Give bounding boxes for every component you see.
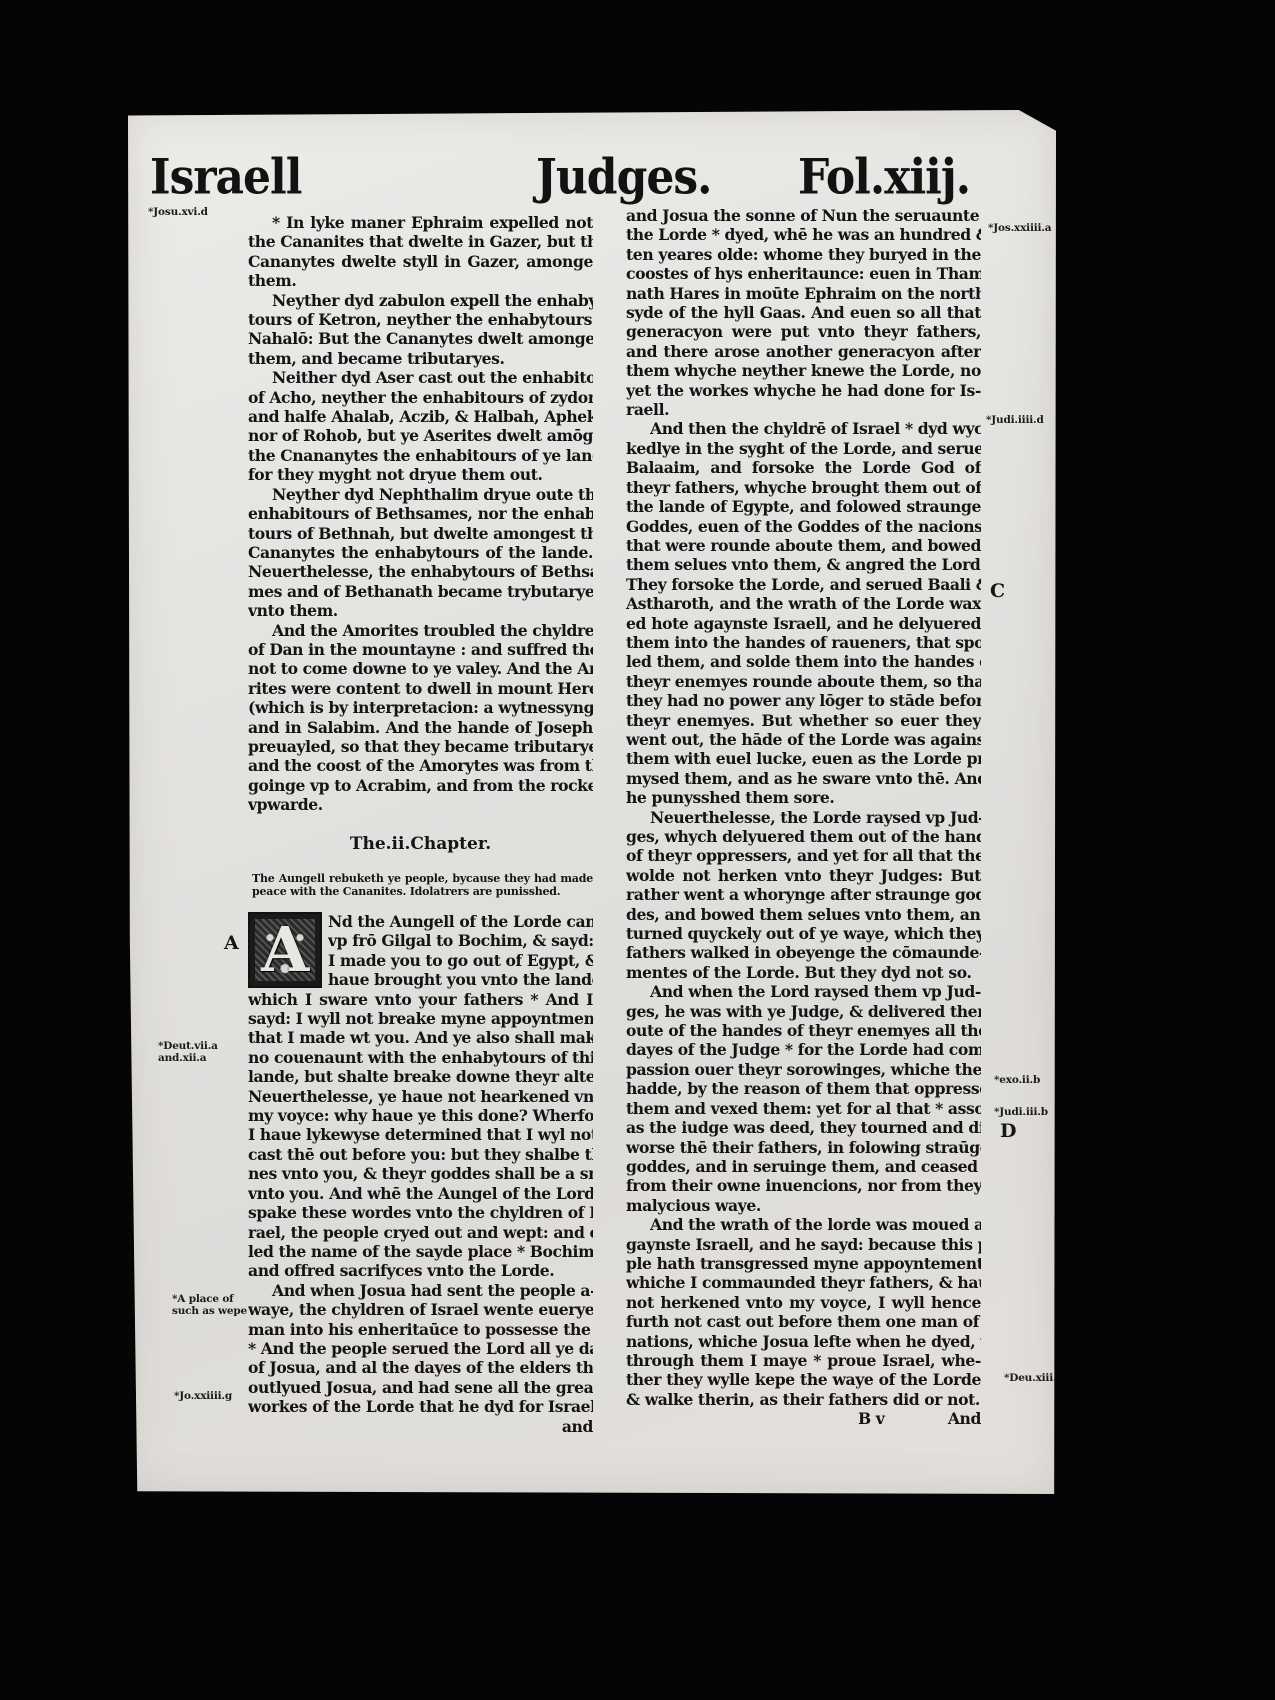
text-line: and in Salabim. And the hande of Joseph [248,718,593,737]
text-line: ges, whych delyuered them out of the han… [626,827,981,846]
text-line: went out, the hāde of the Lorde was agai… [626,730,981,749]
text-line: & walke therin, as their fathers did or … [626,1390,981,1409]
chapter-heading: The.ii.Chapter. [248,835,593,854]
text-line: tours of Ketron, neyther the enhabytours… [248,310,593,329]
margin-note-cross-reference: *Deut.vii.a and.xii.a [158,1040,218,1064]
text-line: oute of the handes of theyr enemyes all … [626,1021,981,1040]
text-line: malycious waye. [626,1196,981,1215]
text-line: And then the chyldrē of Israel * dyd wyc… [626,419,981,438]
margin-note-cross-reference: *Judi.iii.b [994,1106,1048,1118]
text-line: goddes, and in seruinge them, and ceased… [626,1157,981,1176]
text-line: des, and bowed them selues vnto them, an… [626,905,981,924]
text-line: mysed them, and as he sware vnto thē. An… [626,769,981,788]
margin-note-gloss: *A place of such as wepe [172,1293,247,1317]
margin-note-cross-reference: *Deu.xiii.a [1004,1372,1063,1384]
chapter-summary-line: peace with the Cananites. Idolatrers are… [252,885,593,898]
text-line: wolde not herken vnto theyr Judges: But [626,866,981,885]
text-line: the lande of Egypte, and folowed straung… [626,497,981,516]
text-line: them whyche neyther knewe the Lorde, nor [626,361,981,380]
text-line: of Acho, neyther the enhabitours of zydo… [248,388,593,407]
text-line: dayes of the Judge * for the Lorde had c… [626,1040,981,1059]
text-line: ther they wylle kepe the waye of the Lor… [626,1370,981,1389]
text-line: Cananytes the enhabytours of the lande. [248,543,593,562]
running-head-book-title: Judges. [536,149,711,205]
text-line: * In lyke maner Ephraim expelled not [248,213,593,232]
text-line: that I made wt you. And ye also shall ma… [248,1028,593,1047]
text-line: waye, the chyldren of Israel wente euery… [248,1300,593,1319]
signature-and-catchword: B v And [626,1409,981,1428]
section-letter-d: D [1000,1120,1016,1142]
text-line: not to come downe to ye valey. And the A… [248,659,593,678]
text-line: mes and of Bethanath became trybutaryes [248,582,593,601]
text-line: of Dan in the mountayne : and suffred th… [248,640,593,659]
text-line: Astharoth, and the wrath of the Lorde wa… [626,594,981,613]
text-line: Neuerthelesse, the enhabytours of Bethsa… [248,562,593,581]
text-line: from their owne inuencions, nor from the… [626,1176,981,1195]
text-line: vp frō Gilgal to Bochim, & sayd: [328,931,593,950]
text-line: raell. [626,400,981,419]
chapter-summary-line: The Aungell rebuketh ye people, bycause … [252,872,593,885]
text-line: * And the people serued the Lord all ye … [248,1339,593,1358]
text-line: not herkened vnto my voyce, I wyll hence [626,1293,981,1312]
text-line: worse thē their fathers, in folowing str… [626,1138,981,1157]
bible-leaf-page: Israell Judges. Fol.xiij. *Josu.xvi.d *D… [128,110,1056,1494]
text-line: furth not cast out before them one man o… [626,1312,981,1331]
text-line: turned quyckely out of ye waye, which th… [626,924,981,943]
text-line: ten yeares olde: whome they buryed in th… [626,245,981,264]
text-line: workes of the Lorde that he dyd for Isra… [248,1397,593,1416]
margin-note-cross-reference: *Judi.iiii.d [986,414,1044,426]
text-line: goinge vp to Acrabim, and from the rocke [248,776,593,795]
margin-note-cross-reference: *exo.ii.b [994,1074,1040,1086]
text-line: them into the handes of raueners, that s… [626,633,981,652]
text-line: hadde, by the reason of them that oppres… [626,1079,981,1098]
decorated-initial-letter: A [248,912,322,988]
margin-note-cross-reference: *Jos.xxiiii.a [988,222,1051,234]
text-line: Cananytes dwelte styll in Gazer, amonge [248,252,593,271]
text-line: vnto them. [248,601,593,620]
text-line: syde of the hyll Gaas. And euen so all t… [626,303,981,322]
text-line: theyr enemyes rounde aboute them, so tha… [626,672,981,691]
printer-signature-mark: B v [858,1409,884,1428]
text-line: Neither dyd Aser cast out the enhabitour… [248,368,593,387]
text-line: theyr fathers, whyche brought them out o… [626,478,981,497]
text-line: Neuerthelesse, the Lorde raysed vp Jud- [626,808,981,827]
text-line: nor of Rohob, but ye Aserites dwelt amōg… [248,426,593,445]
text-line: I haue lykewyse determined that I wyl no… [248,1125,593,1144]
text-line: and halfe Ahalab, Aczib, & Halbah, Aphek… [248,407,593,426]
chapter-one-ending-text: * In lyke maner Ephraim expelled notthe … [248,213,593,815]
text-line: Goddes, euen of the Goddes of the nacion… [626,517,981,536]
text-line: enhabitours of Bethsames, nor the enhabi… [248,504,593,523]
text-line: whiche I commaunded theyr fathers, & hau… [626,1273,981,1292]
text-line: outlyued Josua, and had sene all the gre… [248,1378,593,1397]
text-line: of theyr oppressers, and yet for all tha… [626,846,981,865]
text-line: man into his enheritaūce to possesse the… [248,1320,593,1339]
text-line: them and vexed them: yet for al that * a… [626,1099,981,1118]
text-line: mentes of the Lorde. But they dyd not so… [626,963,981,982]
text-line: which I sware vnto your fathers * And I [248,990,593,1009]
text-line: kedlye in the syght of the Lorde, and se… [626,439,981,458]
text-line: and there arose another generacyon after [626,342,981,361]
text-line: spake these wordes vnto the chyldren of … [248,1203,593,1222]
text-line: nes vnto you, & theyr goddes shall be a … [248,1164,593,1183]
text-line: he punysshed them sore. [626,788,981,807]
text-line: Nahalō: But the Cananytes dwelt amonge [248,329,593,348]
text-line: ges, he was with ye Judge, & delivered t… [626,1002,981,1021]
section-letter-c: C [990,580,1005,602]
text-line: coostes of hys enheritaunce: euen in Tha… [626,264,981,283]
text-line: Balaaim, and forsoke the Lorde God of [626,458,981,477]
text-line: ed hote agaynste Israell, and he delyuer… [626,614,981,633]
margin-note-cross-reference: *Josu.xvi.d [148,206,208,218]
margin-note-cross-reference: *Jo.xxiiii.g [174,1390,232,1402]
text-line: and Josua the sonne of Nun the seruaunte… [626,206,981,225]
text-line: the Cananites that dwelte in Gazer, but … [248,232,593,251]
text-line: that were rounde aboute them, and bowed [626,536,981,555]
section-letter-a: A [224,932,239,954]
text-line: rather went a whorynge after straunge go… [626,885,981,904]
text-line: Neyther dyd zabulon expell the enhaby- [248,291,593,310]
text-line: and the coost of the Amorytes was from t… [248,756,593,775]
chapter-two-text: which I sware vnto your fathers * And Is… [248,990,593,1417]
text-line: them, and became tributaryes. [248,349,593,368]
text-line: lande, but shalte breake downe theyr alt… [248,1067,593,1086]
running-head-left: Israell [150,149,301,205]
text-line: them selues vnto them, & angred the Lord… [626,555,981,574]
text-line: yet the workes whyche he had done for Is… [626,381,981,400]
text-line: my voyce: why haue ye this done? Wherfor… [248,1106,593,1125]
text-line: haue brought you vnto the lande [328,970,593,989]
text-line: nations, whiche Josua lefte when he dyed… [626,1332,981,1351]
text-line: preuayled, so that they became tributary… [248,737,593,756]
text-line: through them I maye * proue Israel, whe- [626,1351,981,1370]
text-line: rael, the people cryed out and wept: and… [248,1223,593,1242]
text-line: of Josua, and al the dayes of the elders… [248,1358,593,1377]
text-line: They forsoke the Lorde, and serued Baali… [626,575,981,594]
catchword-right: And [948,1409,981,1428]
chapter-summary: The Aungell rebuketh ye people, bycause … [248,872,593,898]
text-line: led the name of the sayde place * Bochim… [248,1242,593,1261]
text-line: ple hath transgressed myne appoyntemente [626,1254,981,1273]
text-line: they had no power any lōger to stāde bef… [626,691,981,710]
catchword-left: and [248,1417,593,1436]
text-line: and offred sacrifyces vnto the Lorde. [248,1261,593,1280]
text-line: them. [248,271,593,290]
text-line: the Lorde * dyed, whē he was an hundred … [626,225,981,244]
text-line: for they myght not dryue them out. [248,465,593,484]
text-line: them with euel lucke, euen as the Lorde … [626,749,981,768]
text-line: theyr enemyes. But whether so euer they [626,711,981,730]
text-line: vpwarde. [248,795,593,814]
text-line: tours of Bethnah, but dwelte amongest th… [248,524,593,543]
text-line: gaynste Israell, and he sayd: because th… [626,1235,981,1254]
text-line: And when the Lord raysed them vp Jud- [626,982,981,1001]
running-head-folio-number: Fol.xiij. [798,149,970,205]
text-line: Neyther dyd Nephthalim dryue oute the [248,485,593,504]
chapter-opening: A Nd the Aungell of the Lorde came vp fr… [248,912,593,990]
text-line: sayd: I wyll not breake myne appoyntment [248,1009,593,1028]
chapter-two-continued-text: and Josua the sonne of Nun the seruaunte… [626,206,981,1409]
left-text-column: * In lyke maner Ephraim expelled notthe … [248,213,593,1436]
text-line: generacyon were put vnto theyr fathers, [626,322,981,341]
text-line: (which is by interpretacion: a wytnessyn… [248,698,593,717]
text-line: the Cnananytes the enhabitours of ye lan… [248,446,593,465]
text-line: And when Josua had sent the people a- [248,1281,593,1300]
text-line: Neuerthelesse, ye haue not hearkened vnt… [248,1087,593,1106]
text-line: cast thē out before you: but they shalbe… [248,1145,593,1164]
text-line: fathers walked in obeyenge the cōmaunde- [626,943,981,962]
text-line: rites were content to dwell in mount Her… [248,679,593,698]
text-line: led them, and solde them into the handes… [626,652,981,671]
text-line: nath Hares in moūte Ephraim on the north [626,284,981,303]
right-text-column: and Josua the sonne of Nun the seruaunte… [626,206,981,1429]
text-line: no couenaunt with the enhabytours of thi… [248,1048,593,1067]
text-line: as the iudge was deed, they tourned and … [626,1118,981,1137]
text-line: Nd the Aungell of the Lorde came [328,912,593,931]
text-line: vnto you. And whē the Aungel of the Lord… [248,1184,593,1203]
text-line: And the Amorites troubled the chyldren [248,621,593,640]
text-line: I made you to go out of Egypt, & [328,951,593,970]
text-line: passion ouer theyr sorowinges, whiche th… [626,1060,981,1079]
text-line: And the wrath of the lorde was moued a [626,1215,981,1234]
